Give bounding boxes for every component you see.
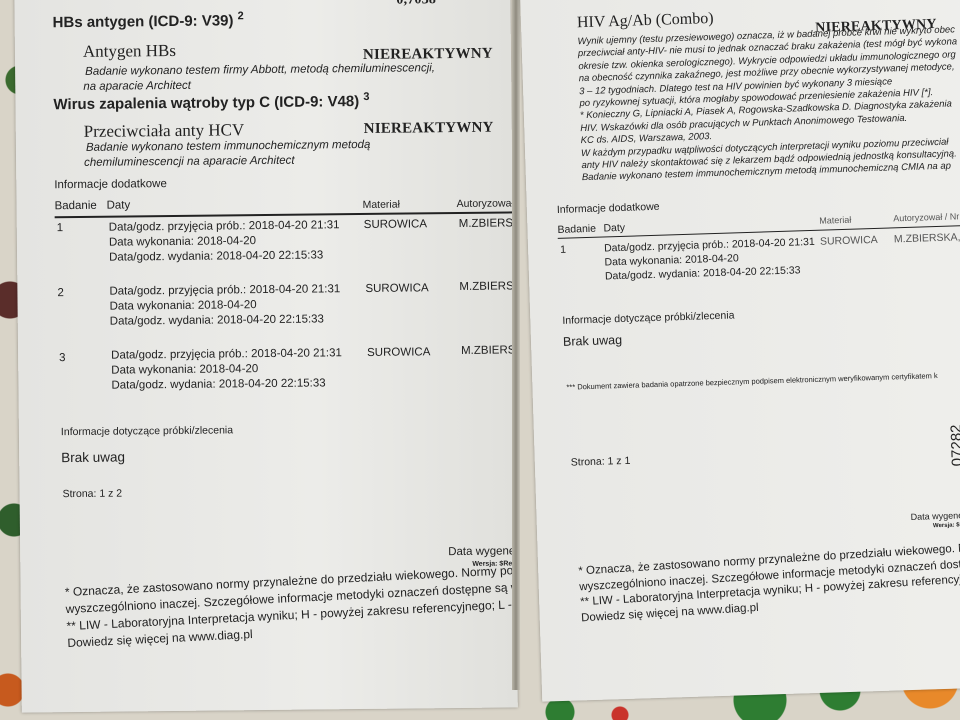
column-header-material: Materiał xyxy=(819,215,851,226)
row-material: SUROWICA xyxy=(820,234,878,248)
footnotes-block: * Oznacza, że zastosowano normy przynale… xyxy=(578,536,960,626)
generated-date-label: Data wygenerowani xyxy=(911,510,960,522)
partial-top-heading: HIV (ICD-9: F91) xyxy=(640,0,739,1)
row-authorized: M.ZBIERSKA, 07 xyxy=(894,231,960,246)
page-number: Strona: 1 z 1 xyxy=(571,455,631,469)
row-authorized: M.ZBIERS xyxy=(459,280,513,293)
hiv-description: Wynik ujemny (testu przesiewowego) oznac… xyxy=(577,24,960,185)
generated-date-label: Data wygenero xyxy=(448,545,518,558)
sample-info-title: Informacje dotyczące próbki/zlecenia xyxy=(562,309,734,326)
section-heading-hcv: Wirus zapalenia wątroby typ C (ICD-9: V4… xyxy=(53,91,369,113)
row-badanie: 1 xyxy=(560,244,566,256)
row-performed: Data wykonania: 2018-04-20 xyxy=(110,299,257,313)
sample-info-value: Brak uwag xyxy=(563,333,622,349)
result-hbs: NIEREAKTYWNY xyxy=(363,46,493,64)
column-header-badanie: Badanie xyxy=(54,200,96,212)
row-badanie: 2 xyxy=(57,287,64,299)
method-hcv-line2: chemiluminescencji na aparacie Architect xyxy=(84,155,295,169)
method-hcv-line1: Badanie wykonano testem immunochemicznym… xyxy=(86,139,371,154)
row-material: SUROWICA xyxy=(367,346,430,359)
row-received: Data/godz. przyjęcia prób.: 2018-04-20 2… xyxy=(604,236,815,255)
row-performed: Data wykonania: 2018-04-20 xyxy=(109,235,256,249)
row-performed: Data wykonania: 2018-04-20 xyxy=(111,363,258,377)
method-hbs-line2: na aparacie Architect xyxy=(83,80,191,93)
sample-info-title: Informacje dotyczące próbki/zlecenia xyxy=(61,424,233,438)
row-material: SUROWICA xyxy=(365,282,428,295)
row-badanie: 1 xyxy=(57,222,64,234)
result-hcv: NIEREAKTYWNY xyxy=(364,120,494,138)
additional-info-title: Informacje dodatkowe xyxy=(557,201,660,216)
test-name-hiv: HIV Ag/Ab (Combo) xyxy=(577,10,714,32)
footnote-ref: 2 xyxy=(238,10,244,22)
page-number: Strona: 1 z 2 xyxy=(62,488,122,501)
row-authorized: M.ZBIERS xyxy=(461,344,515,357)
column-header-authorized: Autoryzował xyxy=(456,197,513,210)
version-label: Wersja: $Rev: 706 $/$Rev: 68 xyxy=(933,521,960,530)
row-received: Data/godz. przyjęcia prób.: 2018-04-20 2… xyxy=(111,347,342,361)
row-material: SUROWICA xyxy=(364,218,427,231)
test-name-hbs: Antygen HBs xyxy=(83,41,176,62)
footnotes-block: * Oznacza, że zastosowano normy przynale… xyxy=(64,561,517,652)
column-header-material: Materiał xyxy=(362,199,399,211)
vertical-document-code: 07282 xyxy=(948,424,960,466)
column-header-daty: Daty xyxy=(603,222,625,235)
section-heading-hbs-text: HBs antygen (ICD-9: V39) xyxy=(53,12,234,31)
row-authorized: M.ZBIERS xyxy=(459,217,513,230)
row-received: Data/godz. przyjęcia prób.: 2018-04-20 2… xyxy=(109,283,340,297)
signature-note: *** Dokument zawiera badania opatrzone b… xyxy=(566,371,938,392)
row-issued: Data/godz. wydania: 2018-04-20 22:15:33 xyxy=(111,377,325,391)
section-heading-hbs: HBs antygen (ICD-9: V39) 2 xyxy=(53,10,244,31)
footnote-ref: 3 xyxy=(363,91,369,103)
row-received: Data/godz. przyjęcia prób.: 2018-04-20 2… xyxy=(109,219,340,233)
section-heading-hcv-text: Wirus zapalenia wątroby typ C (ICD-9: V4… xyxy=(53,93,359,113)
column-header-authorized: Autoryzował / Nr xyxy=(893,211,959,223)
lab-report-page-left: 0,7038 HBs antygen (ICD-9: V39) 2 Antyge… xyxy=(14,0,518,713)
page-fold-shadow xyxy=(512,0,520,690)
column-header-badanie: Badanie xyxy=(557,223,596,236)
test-name-hcv: Przeciwciała anty HCV xyxy=(84,120,245,142)
partial-top-value: 0,7038 xyxy=(396,0,436,9)
additional-info-title: Informacje dodatkowe xyxy=(54,178,167,191)
row-issued: Data/godz. wydania: 2018-04-20 22:15:33 xyxy=(109,249,323,263)
row-issued: Data/godz. wydania: 2018-04-20 22:15:33 xyxy=(110,313,324,327)
lab-report-page-right: HIV (ICD-9: F91) HIV Ag/Ab (Combo) NIERE… xyxy=(520,0,960,702)
column-header-daty: Daty xyxy=(106,199,130,211)
method-hbs-line1: Badanie wykonano testem firmy Abbott, me… xyxy=(85,62,435,78)
sample-info-value: Brak uwag xyxy=(61,449,125,465)
table-header-rule xyxy=(55,211,518,217)
row-badanie: 3 xyxy=(59,352,66,364)
